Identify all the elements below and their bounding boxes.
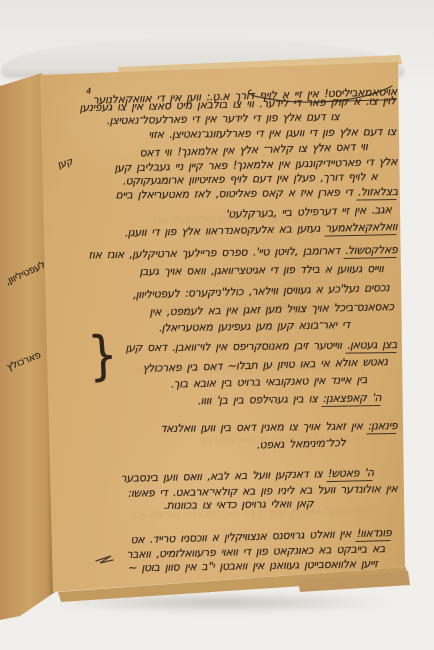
line-heading: וואלאקאלאמער xyxy=(324,220,399,237)
line-text: ווייס געווען א בילד פון די אגיטצי־וואגן,… xyxy=(139,262,386,278)
manuscript-line: נכסים נעל'כע א געוויסן ווילאר, כולל'ניקע… xyxy=(132,281,391,301)
manuscript-line: פינאנן:אין זאגל אויך צו מאנין דאס בין וו… xyxy=(160,419,400,435)
line-text: קאן וואלי גרויסן כדאי צו בכוונות. xyxy=(163,497,316,512)
manuscript-line: פאלקסשול.דארומבן ,לויטן טיי'. ספרס פרייל… xyxy=(88,243,400,261)
line-heading: פינאנן: xyxy=(367,419,400,434)
line-text: נאטש אולא אי באו טויזן ען תבלו~ דאס בין … xyxy=(142,355,390,375)
line-text: בין איינד אין טאנקובאי ברויט בין אובא בו… xyxy=(170,373,369,391)
manuscript-line: בצלאזול.די פארן איז א קאס פאליטוס, לאז מ… xyxy=(114,185,399,201)
line-text: ווייטער זיבן מאנוסקריפס אין לוי־וואבן. ד… xyxy=(125,339,344,355)
manuscript-line: ה' קאפצאנן:צו בין געהילפס בין בן' וווו. xyxy=(197,391,383,407)
manuscript-line: צו דעם אלץ פון די וועגן אין די פארלעזונג… xyxy=(147,125,397,141)
margin-note: לעפטיליוון, xyxy=(4,259,48,287)
line-heading: בצלאזול. xyxy=(356,185,399,201)
manuscript-line: די יאר־בונא קען מען געפינען מאטעריאלן. xyxy=(157,318,351,334)
line-text: כאסאנס־ביכל אויך צוויל מען זאגן אין בא ל… xyxy=(149,300,396,319)
manuscript-line: ה' פאטש!צו דאנקען וועל בא לבא, וואס ווען… xyxy=(119,466,375,485)
line-heading: פאלקסשול. xyxy=(344,243,400,259)
photo-backdrop: צו דעם אלץ פון די וועגן אין די פארלעזונג… xyxy=(0,0,434,650)
manuscript-line: קאן וואלי גרויסן כדאי צו בכוונות. xyxy=(163,497,316,512)
line-text: די פארן איז א קאס פאליטוס, לאז מאטעריאלן… xyxy=(114,186,354,202)
manuscript-text-layer: אויטאמאביליסט!אין זיי א לויף דורך א.ט.: … xyxy=(0,0,434,650)
superscript-mark: 4 xyxy=(85,87,91,96)
line-text: אגב. אין זיי דערפילט ביי ,בערקלעט' xyxy=(225,203,393,221)
line-text: צו בין געהילפס בין בן' וווו. xyxy=(197,392,320,407)
line-text: די יאר־בונא קען מען געפינען מאטעריאלן. xyxy=(157,318,351,334)
line-text: צו דעם אלץ פון די לידער אין די פארלעסל־נ… xyxy=(106,110,341,127)
ink-brace: } xyxy=(86,327,118,382)
manuscript-line: בין איינד אין טאנקובאי ברויט בין אובא בו… xyxy=(170,373,369,391)
manuscript-line: ווייס געווען א בילד פון די אגיטצי־וואגן,… xyxy=(139,262,386,278)
manuscript-line: בצן געטאן.ווייטער זיבן מאנוסקריפס אין לו… xyxy=(125,338,399,354)
line-text: צו דעם אלץ פון די וועגן אין די פארלעזונג… xyxy=(147,125,397,141)
line-text: דארומבן ,לויטן טיי'. ספרס פריילעך ארטיקל… xyxy=(88,244,342,261)
line-heading: ה' קאפצאנן: xyxy=(321,391,383,407)
margin-note: פארכולץ xyxy=(5,350,42,374)
margin-note: קען xyxy=(57,156,75,171)
manuscript-line: כאסאנס־ביכל אויך צוויל מען זאגן אין בא ל… xyxy=(149,300,396,319)
line-text: אין זאגל אויך צו מאנין דאס בין ווען וואל… xyxy=(160,419,365,435)
manuscript-line: נאטש אולא אי באו טויזן ען תבלו~ דאס בין … xyxy=(142,355,390,375)
line-heading: ה' פאטש! xyxy=(326,466,375,482)
line-text: נכסים נעל'כע א געוויסן ווילאר, כולל'ניקע… xyxy=(132,281,391,301)
manuscript-line: וואלאקאלאמערגעזען בא אלעקסאנדראוו אלץ פו… xyxy=(124,220,399,239)
manuscript-line: צו דעם אלץ פון די לידער אין די פארלעסל־נ… xyxy=(106,110,341,127)
line-text: צו דאנקען וועל בא לבא, וואס ווען בינסבער xyxy=(119,467,323,485)
line-heading: בצן געטאן. xyxy=(346,338,399,354)
line-heading: פונדאוו! xyxy=(355,526,393,542)
manuscript-line: לכל־מינימאל גאפט. xyxy=(256,436,347,452)
manuscript-line: אגב. אין זיי דערפילט ביי ,בערקלעט' xyxy=(225,203,393,221)
line-text: לכל־מינימאל גאפט. xyxy=(256,436,347,452)
line-text: געזען בא אלעקסאנדראוו אלץ פון די וועגן. xyxy=(124,222,322,239)
